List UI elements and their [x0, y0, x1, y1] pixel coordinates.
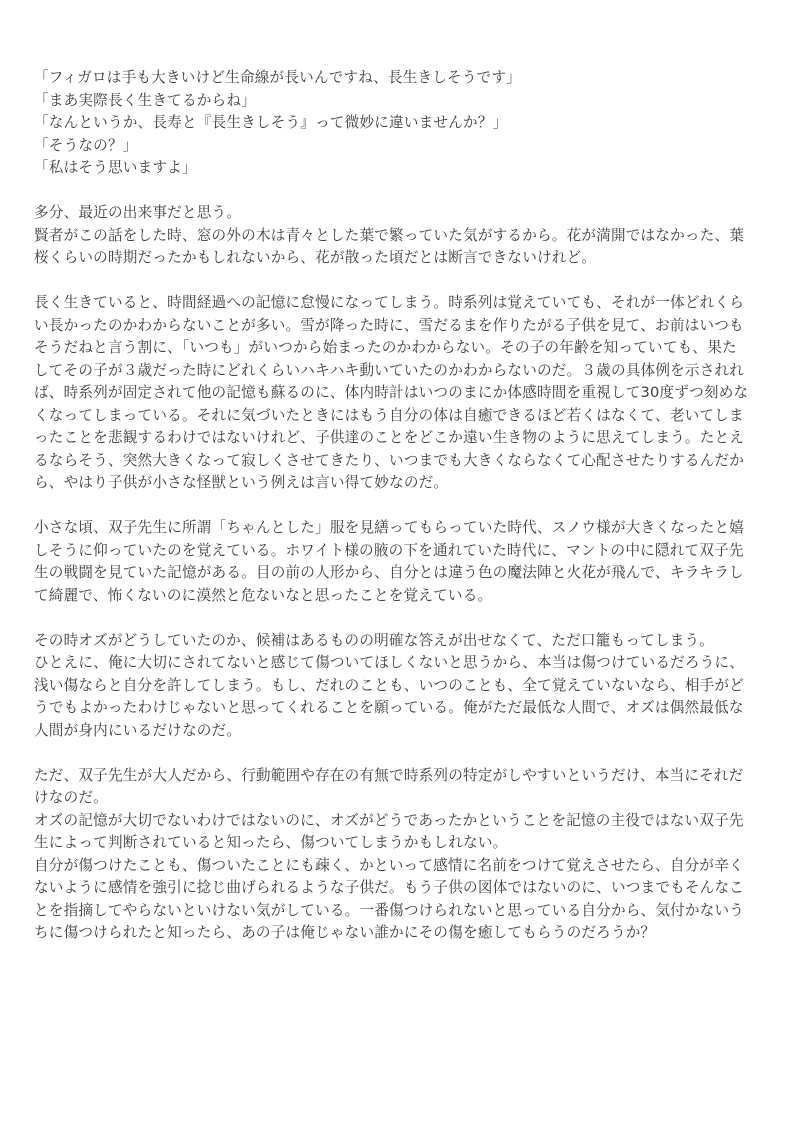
text-line: 「なんというか、長寿と『長生きしそう』って微妙に違いませんか？」	[34, 112, 768, 135]
text-line: 賢者がこの話をした時、窓の外の木は青々とした葉で繁っていた気がするから。花が満開…	[34, 225, 768, 248]
text-line: 生によって判断されていると知ったら、傷ついてしまうかもしれない。	[34, 832, 768, 855]
document-body: 「フィガロは手も大きいけど生命線が長いんですね、長生きしそうです」 「まあ実際長…	[34, 67, 768, 967]
text-line: ただ、双子先生が大人だから、行動範囲や存在の有無で時系列の特定がしやすいというだ…	[34, 765, 768, 788]
text-line: 自分が傷つけたことも、傷ついたことにも疎く、かといって感情に名前をつけて覚えさせ…	[34, 855, 768, 878]
text-line: 長く生きていると、時間経過への記憶に怠慢になってしまう。時系列は覚えていても、そ…	[34, 292, 768, 315]
text-line: 「まあ実際長く生きてるからね」	[34, 90, 768, 113]
text-line: しそうに仰っていたのを覚えている。ホワイト様の腋の下を通れていた時代に、マントの…	[34, 540, 768, 563]
text-line: ちに傷つけられたと知ったら、あの子は俺じゃない誰かにその傷を癒してもらうのだろう…	[34, 922, 768, 945]
text-line: うでもよかったわけじゃないと思ってくれることを願っている。俺がただ最低な人間で、…	[34, 697, 768, 720]
text-line: 小さな頃、双子先生に所謂「ちゃんとした」服を見繕ってもらっていた時代、スノウ様が…	[34, 517, 768, 540]
text-line: そうだねと言う割に、「いつも」がいつから始まったのかわからない。その子の年齢を知…	[34, 337, 768, 360]
text-line: してその子が３歳だった時にどれくらいハキハキ動いていたのかわからないのだ。３歳の…	[34, 360, 768, 383]
text-line: オズの記憶が大切でないわけではないのに、オズがどうであったかということを記憶の主…	[34, 810, 768, 833]
paragraph-recent-event: 多分、最近の出来事だと思う。 賢者がこの話をした時、窓の外の木は青々とした葉で繁…	[34, 202, 768, 270]
text-line: くなってしまっている。それに気づいたときにはもう自分の体は自癒できるほど若くはな…	[34, 405, 768, 428]
text-line: い長かったのかわからないことが多い。雪が降った時に、雪だるまを作りたがる子供を見…	[34, 315, 768, 338]
text-line: 多分、最近の出来事だと思う。	[34, 202, 768, 225]
text-line: とを指摘してやらないといけない気がしている。一番傷つけられないと思っている自分か…	[34, 900, 768, 923]
text-line: ったことを悲観するわけではないけれど、子供達のことをどこか遠い生き物のように思え…	[34, 427, 768, 450]
text-line: ば、時系列が固定されて他の記憶も蘇るのに、体内時計はいつのまにか体感時間を重視し…	[34, 382, 768, 405]
text-line: 生の戦闘を見ていた記憶がある。目の前の人形から、自分とは違う色の魔法陣と火花が飛…	[34, 562, 768, 585]
paragraph-dialogue: 「フィガロは手も大きいけど生命線が長いんですね、長生きしそうです」 「まあ実際長…	[34, 67, 768, 180]
text-line: 桜くらいの時期だったかもしれないから、花が散った頃だとは断言できないけれど。	[34, 247, 768, 270]
paragraph-oz: その時オズがどうしていたのか、候補はあるものの明確な答えが出せなくて、ただ口籠も…	[34, 630, 768, 743]
paragraph-long-life: 長く生きていると、時間経過への記憶に怠慢になってしまう。時系列は覚えていても、そ…	[34, 292, 768, 495]
text-line: 「私はそう思いますよ」	[34, 157, 768, 180]
text-line: ひとえに、俺に大切にされてないと感じて傷ついてほしくないと思うから、本当は傷つけ…	[34, 652, 768, 675]
text-line: その時オズがどうしていたのか、候補はあるものの明確な答えが出せなくて、ただ口籠も…	[34, 630, 768, 653]
text-line: るならそう、突然大きくなって寂しくさせてきたり、いつまでも大きくならなくて心配さ…	[34, 450, 768, 473]
text-line: 「フィガロは手も大きいけど生命線が長いんですね、長生きしそうです」	[34, 67, 768, 90]
text-line: 「そうなの？」	[34, 135, 768, 158]
paragraph-childhood: 小さな頃、双子先生に所謂「ちゃんとした」服を見繕ってもらっていた時代、スノウ様が…	[34, 517, 768, 607]
text-line: ないように感情を強引に捻じ曲げられるような子供だ。もう子供の図体ではないのに、い…	[34, 877, 768, 900]
text-line: 人間が身内にいるだけなのだ。	[34, 720, 768, 743]
paragraph-conclusion: ただ、双子先生が大人だから、行動範囲や存在の有無で時系列の特定がしやすいというだ…	[34, 765, 768, 945]
text-line: て綺麗で、怖くないのに漠然と危ないなと思ったことを覚えている。	[34, 585, 768, 608]
text-line: ら、やはり子供が小さな怪獣という例えは言い得て妙なのだ。	[34, 472, 768, 495]
text-line: けなのだ。	[34, 787, 768, 810]
text-line: 浅い傷ならと自分を許してしまう。もし、だれのことも、いつのことも、全て覚えていな…	[34, 675, 768, 698]
